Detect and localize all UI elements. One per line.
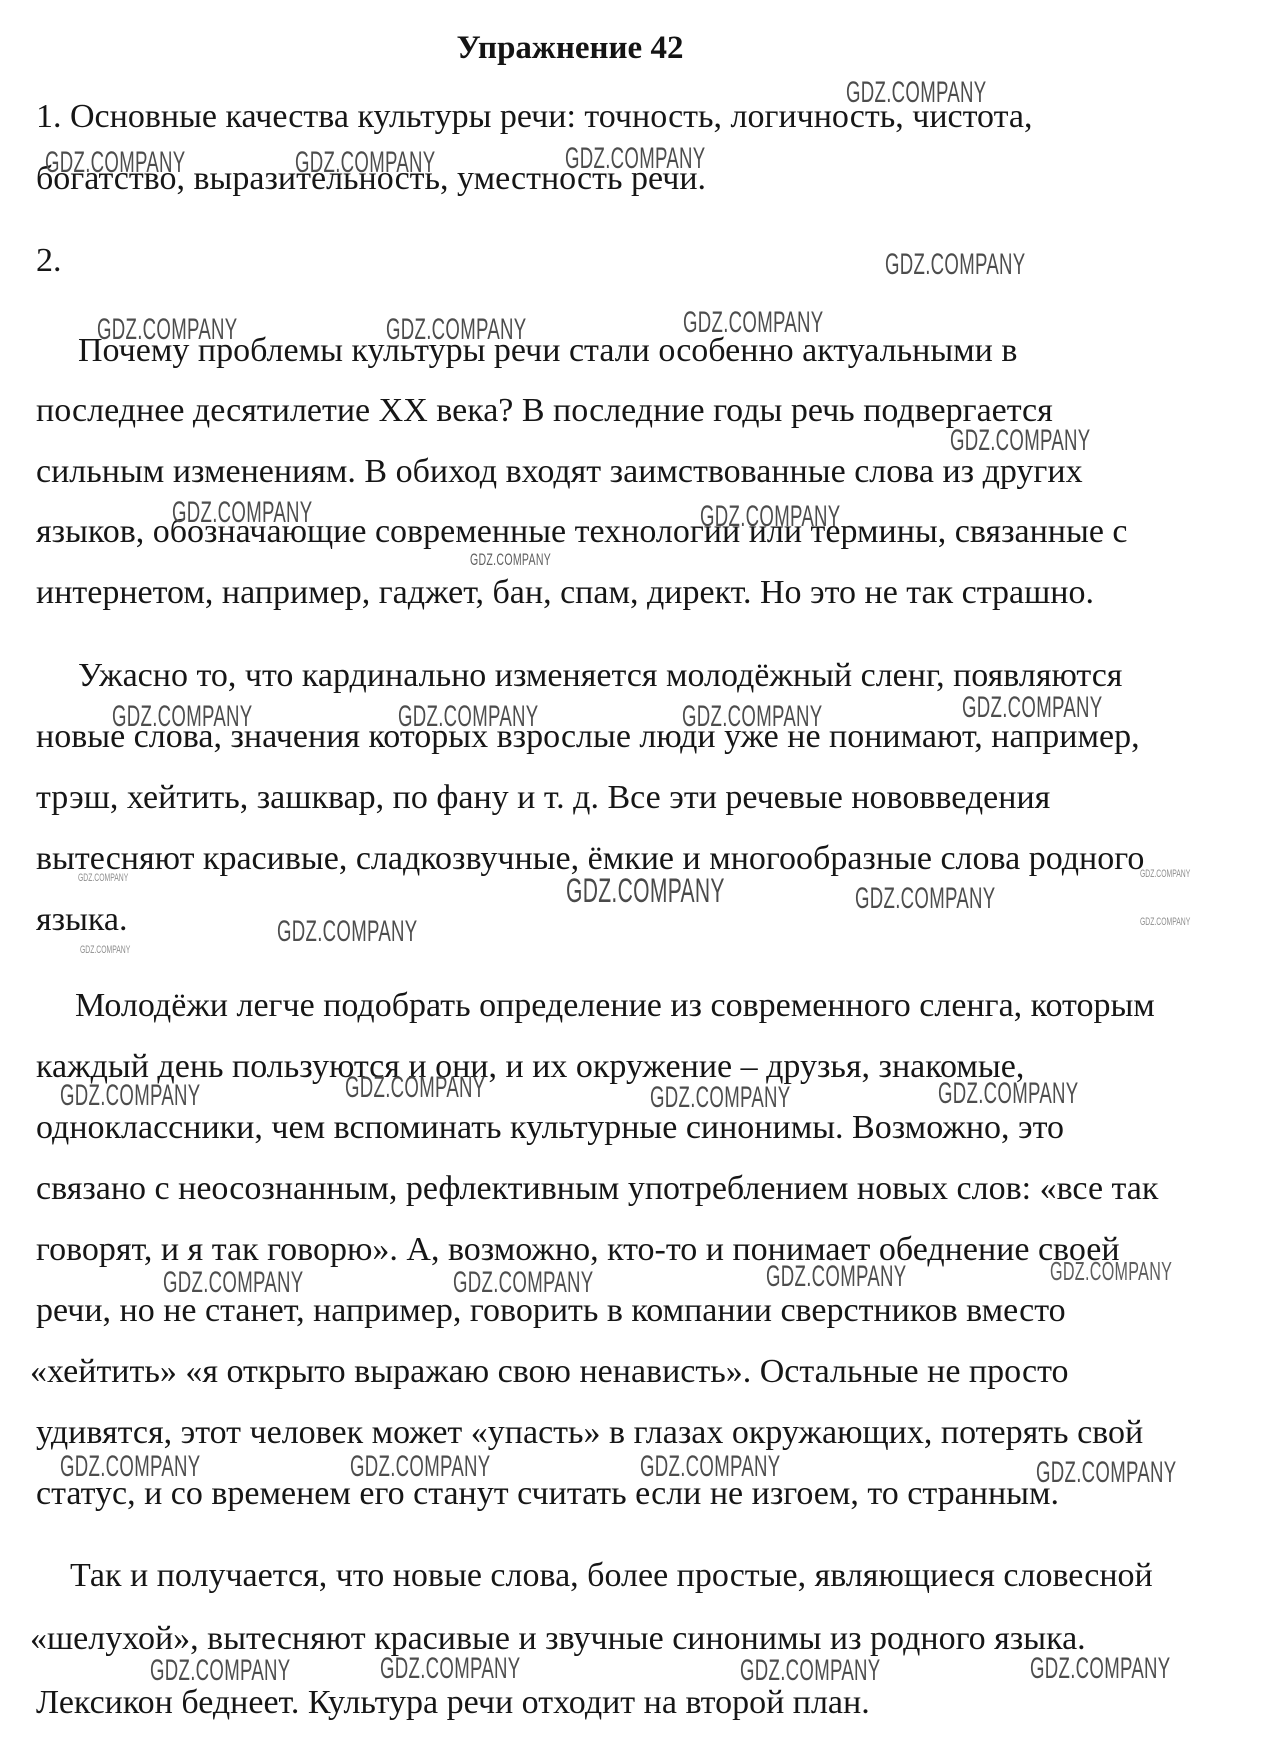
watermark-text: GDZ.COMPANY bbox=[1140, 916, 1190, 928]
watermark-text: GDZ.COMPANY bbox=[398, 700, 539, 734]
watermark-text: GDZ.COMPANY bbox=[112, 700, 253, 734]
watermark-text: GDZ.COMPANY bbox=[97, 313, 238, 347]
watermark-text: GDZ.COMPANY bbox=[80, 944, 130, 956]
paragraph-3-line: «хейтить» «я открыто выражаю свою ненави… bbox=[30, 1351, 1068, 1393]
paragraph-4-line: Лексикон беднеет. Культура речи отходит … bbox=[36, 1682, 870, 1724]
exercise-title: Упражнение 42 bbox=[0, 30, 1140, 67]
watermark-text: GDZ.COMPANY bbox=[700, 500, 841, 534]
watermark-text: GDZ.COMPANY bbox=[1030, 1652, 1171, 1686]
paragraph-2-line: трэш, хейтить, зашквар, по фану и т. д. … bbox=[36, 777, 1050, 819]
watermark-text: GDZ.COMPANY bbox=[60, 1450, 201, 1484]
watermark-text: GDZ.COMPANY bbox=[855, 882, 996, 916]
watermark-text: GDZ.COMPANY bbox=[846, 76, 987, 110]
watermark-text: GDZ.COMPANY bbox=[295, 146, 436, 180]
document-page: Упражнение 42 1. Основные качества культ… bbox=[0, 0, 1288, 1748]
paragraph-1-line: сильным изменениям. В обиход входят заим… bbox=[36, 451, 1083, 493]
paragraph-1-line: последнее десятилетие XX века? В последн… bbox=[36, 390, 1053, 432]
watermark-text: GDZ.COMPANY bbox=[172, 496, 313, 530]
paragraph-3-line: одноклассники, чем вспоминать культурные… bbox=[36, 1107, 1064, 1149]
watermark-text: GDZ.COMPANY bbox=[640, 1450, 781, 1484]
watermark-text: GDZ.COMPANY bbox=[150, 1654, 291, 1688]
watermark-text: GDZ.COMPANY bbox=[1036, 1456, 1177, 1490]
paragraph-1-line: интернетом, например, гаджет, бан, спам,… bbox=[36, 572, 1094, 614]
watermark-text: GDZ.COMPANY bbox=[1140, 868, 1190, 880]
answer-item-2-label-line: 2. bbox=[36, 240, 62, 282]
watermark-text: GDZ.COMPANY bbox=[950, 424, 1091, 458]
paragraph-4-line: Так и получается, что новые слова, более… bbox=[70, 1555, 1153, 1597]
watermark-text: GDZ.COMPANY bbox=[453, 1266, 594, 1300]
watermark-text: GDZ.COMPANY bbox=[380, 1652, 521, 1686]
watermark-text: GDZ.COMPANY bbox=[650, 1081, 791, 1115]
paragraph-2-line: языка. bbox=[36, 899, 128, 941]
watermark-text: GDZ.COMPANY bbox=[45, 146, 186, 180]
watermark-text: GDZ.COMPANY bbox=[962, 691, 1103, 725]
paragraph-3-line: связано с неосознанным, рефлективным упо… bbox=[36, 1168, 1158, 1210]
paragraph-3-line: говорят, и я так говорю». А, возможно, к… bbox=[36, 1229, 1120, 1271]
watermark-text: GDZ.COMPANY bbox=[386, 313, 527, 347]
paragraph-3-line: Молодёжи легче подобрать определение из … bbox=[75, 985, 1155, 1027]
watermark-text: GDZ.COMPANY bbox=[566, 872, 725, 911]
watermark-text: GDZ.COMPANY bbox=[683, 306, 824, 340]
watermark-text: GDZ.COMPANY bbox=[1050, 1256, 1172, 1287]
watermark-text: GDZ.COMPANY bbox=[885, 248, 1026, 282]
watermark-text: GDZ.COMPANY bbox=[350, 1450, 491, 1484]
watermark-text: GDZ.COMPANY bbox=[938, 1077, 1079, 1111]
watermark-text: GDZ.COMPANY bbox=[163, 1266, 304, 1300]
watermark-text: GDZ.COMPANY bbox=[277, 915, 418, 949]
watermark-text: GDZ.COMPANY bbox=[60, 1079, 201, 1113]
watermark-text: GDZ.COMPANY bbox=[470, 550, 551, 570]
watermark-text: GDZ.COMPANY bbox=[565, 142, 706, 176]
paragraph-3-line: удивятся, этот человек может «упасть» в … bbox=[36, 1412, 1143, 1454]
watermark-text: GDZ.COMPANY bbox=[345, 1071, 486, 1105]
watermark-text: GDZ.COMPANY bbox=[740, 1654, 881, 1688]
watermark-text: GDZ.COMPANY bbox=[766, 1260, 907, 1294]
watermark-text: GDZ.COMPANY bbox=[682, 700, 823, 734]
watermark-text: GDZ.COMPANY bbox=[78, 872, 128, 884]
